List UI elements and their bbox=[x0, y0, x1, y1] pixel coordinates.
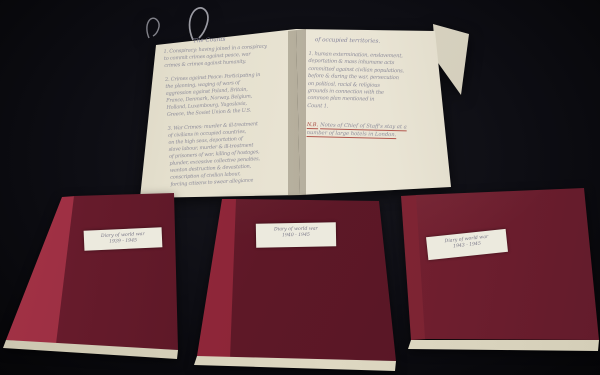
photograph: The Counts 1. Conspiracy: having joined … bbox=[0, 0, 600, 375]
diary-3-cover bbox=[0, 0, 600, 375]
diary-book-3: Diary of world war 1943 - 1945 bbox=[0, 0, 600, 375]
